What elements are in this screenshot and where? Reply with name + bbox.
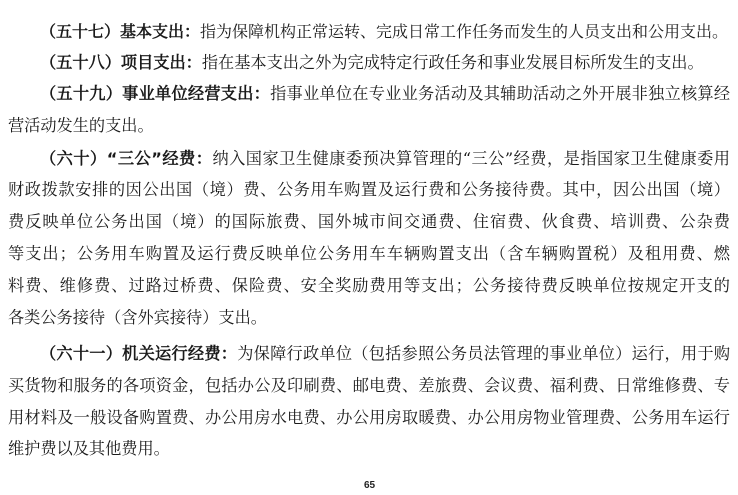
- term-project-expenditure: （五十八）项目支出：: [40, 53, 202, 72]
- term-three-public-expenses: （六十）“三公”经费：: [40, 149, 212, 168]
- term-basic-expenditure: （五十七）基本支出：: [40, 22, 200, 41]
- paragraph-61-line-4: 维护费以及其他费用。: [8, 438, 730, 460]
- paragraph-60-line-5: 料费、维修费、过路过桥费、保险费、安全奖励费用等支出；公务接待费反映单位按规定开…: [8, 275, 730, 297]
- paragraph-60-line-6: 各类公务接待（含外宾接待）支出。: [8, 307, 730, 329]
- paragraph-60: （六十）“三公”经费：纳入国家卫生健康委预决算管理的“三公”经费，是指国家卫生健…: [40, 148, 730, 170]
- term-business-operation-expenditure: （五十九）事业单位经营支出：: [40, 84, 270, 103]
- paragraph-59-cont: 营活动发生的支出。: [8, 115, 730, 137]
- paragraph-60-line-4: 等支出；公务用车购置及运行费反映单位公务用车车辆购置支出（含车辆购置税）及租用费…: [8, 243, 730, 265]
- paragraph-61-line-3: 用材料及一般设备购置费、办公用房水电费、办公用房取暖费、办公用房物业管理费、公务…: [8, 407, 730, 429]
- paragraph-60-line-2: 财政拨款安排的因公出国（境）费、公务用车购置及运行费和公务接待费。其中，因公出国…: [8, 179, 730, 201]
- definition-text: 纳入国家卫生健康委预决算管理的“三公”经费，是指国家卫生健康委用: [212, 149, 730, 168]
- page-number: 65: [364, 480, 375, 491]
- paragraph-58: （五十八）项目支出：指在基本支出之外为完成特定行政任务和事业发展目标所发生的支出…: [40, 52, 730, 74]
- paragraph-60-line-3: 费反映单位公务出国（境）的国际旅费、国外城市间交通费、住宿费、伙食费、培训费、公…: [8, 211, 730, 233]
- paragraph-61: （六十一）机关运行经费：为保障行政单位（包括参照公务员法管理的事业单位）运行，用…: [40, 343, 730, 365]
- definition-text: 指在基本支出之外为完成特定行政任务和事业发展目标所发生的支出。: [202, 53, 704, 72]
- paragraph-59: （五十九）事业单位经营支出：指事业单位在专业业务活动及其辅助活动之外开展非独立核…: [40, 83, 730, 105]
- definition-text: 指事业单位在专业业务活动及其辅助活动之外开展非独立核算经: [270, 84, 730, 103]
- paragraph-61-line-2: 买货物和服务的各项资金，包括办公及印刷费、邮电费、差旅费、会议费、福利费、日常维…: [8, 375, 730, 397]
- term-agency-operating-expenses: （六十一）机关运行经费：: [40, 344, 237, 363]
- definition-text: 为保障行政单位（包括参照公务员法管理的事业单位）运行，用于购: [237, 344, 730, 363]
- definition-text: 指为保障机构正常运转、完成日常工作任务而发生的人员支出和公用支出。: [200, 22, 728, 41]
- paragraph-57: （五十七）基本支出：指为保障机构正常运转、完成日常工作任务而发生的人员支出和公用…: [40, 21, 730, 43]
